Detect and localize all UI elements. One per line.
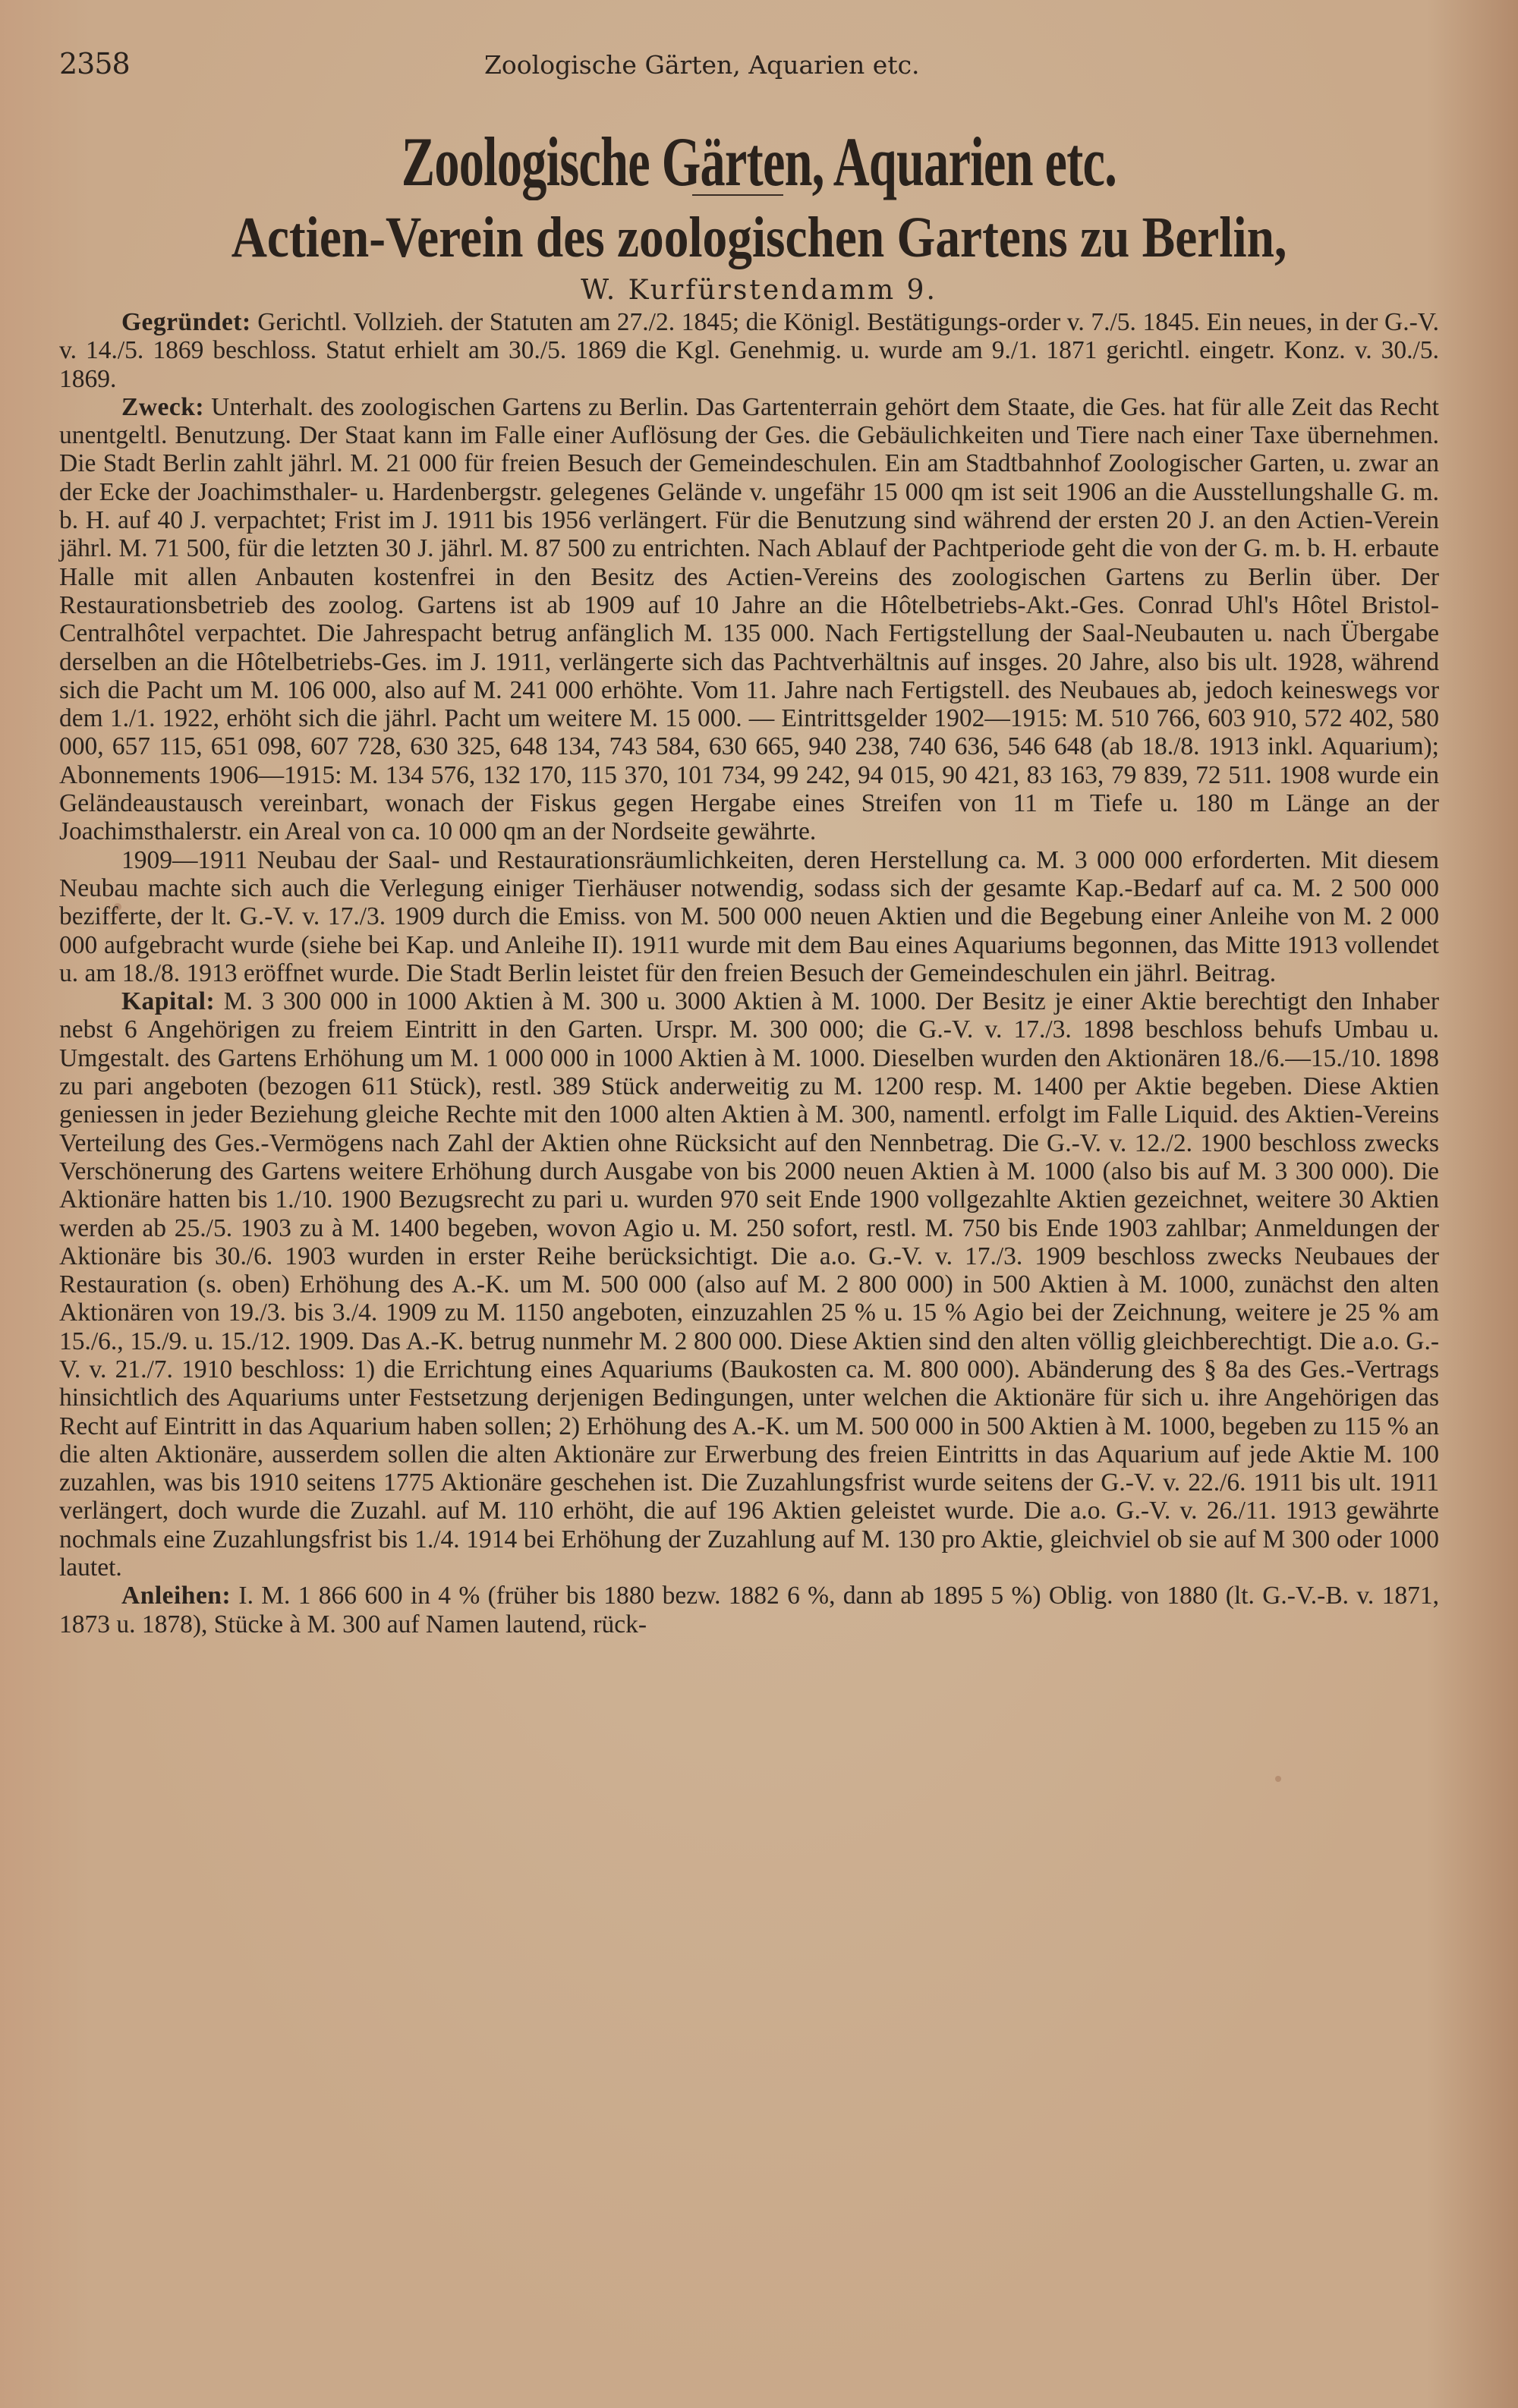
running-title: Zoologische Gärten, Aquarien etc. (484, 50, 920, 80)
page-number: 2358 (59, 47, 130, 80)
label-loans: Anleihen: (121, 1582, 231, 1610)
text-construction: 1909—1911 Neubau der Saal- und Restaurat… (59, 846, 1439, 987)
company-address: W. Kurfürstendamm 9. (0, 275, 1518, 306)
scanned-page: 2358 Zoologische Gärten, Aquarien etc. Z… (0, 0, 1518, 2408)
label-capital: Kapital: (121, 987, 215, 1015)
text-loans: I. M. 1 866 600 in 4 % (früher bis 1880 … (59, 1582, 1439, 1638)
entry-body: Gegründet: Gerichtl. Vollzieh. der Statu… (59, 308, 1439, 1638)
text-capital: M. 3 300 000 in 1000 Aktien à M. 300 u. … (59, 987, 1439, 1582)
section-title: Zoologische Gärten, Aquarien etc. (213, 121, 1305, 202)
label-purpose: Zweck: (121, 393, 204, 421)
running-head: 2358 Zoologische Gärten, Aquarien etc. (59, 47, 1459, 85)
paragraph-founded: Gegründet: Gerichtl. Vollzieh. der Statu… (59, 308, 1439, 393)
paragraph-loans: Anleihen: I. M. 1 866 600 in 4 % (früher… (59, 1582, 1439, 1638)
paragraph-purpose: Zweck: Unterhalt. des zoologischen Garte… (59, 393, 1439, 846)
paragraph-construction: 1909—1911 Neubau der Saal- und Restaurat… (59, 846, 1439, 987)
text-founded: Gerichtl. Vollzieh. der Statuten am 27./… (59, 308, 1439, 393)
title-divider (692, 194, 783, 196)
label-founded: Gegründet: (121, 308, 251, 336)
paper-stain (1275, 1776, 1281, 1782)
text-purpose: Unterhalt. des zoologischen Gartens zu B… (59, 393, 1439, 845)
company-name: Actien-Verein des zoologischen Gartens z… (106, 205, 1412, 271)
paragraph-capital: Kapital: M. 3 300 000 in 1000 Aktien à M… (59, 987, 1439, 1582)
